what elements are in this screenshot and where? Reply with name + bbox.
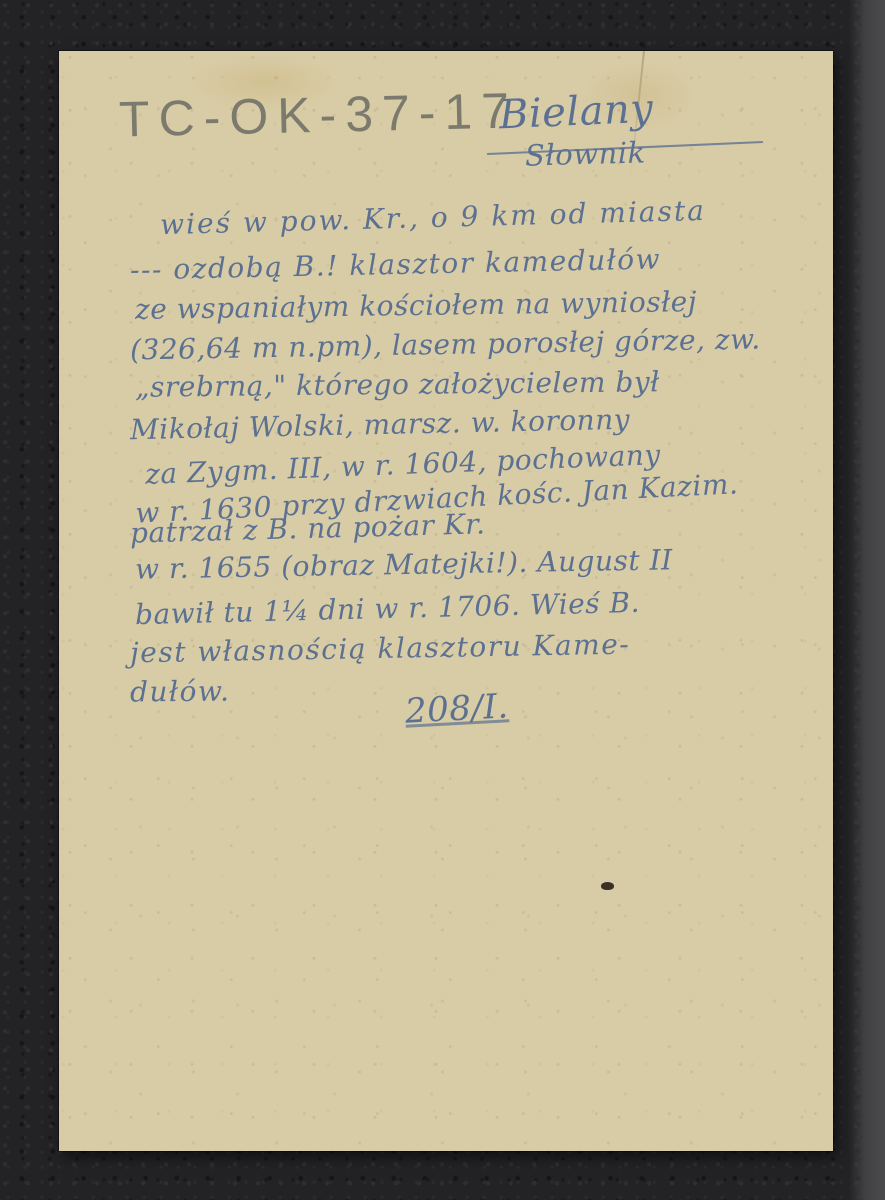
handwritten-line: jest własnością klasztoru Kame-: [130, 628, 631, 670]
handwritten-line: ze wspaniałym kościołem na wyniosłej: [135, 285, 697, 326]
catalog-number: TC-OK-37-17: [118, 81, 518, 148]
background-edge-strip: [849, 0, 885, 1200]
ink-blemish: [601, 882, 614, 890]
reference-number: 208/I.: [404, 686, 510, 731]
handwritten-line: bawił tu 1¼ dni w r. 1706. Wieś B.: [135, 586, 641, 631]
source-label: Słownik: [525, 135, 646, 172]
place-name-title: Bielany: [498, 86, 654, 139]
index-card: TC-OK-37-17 Bielany Słownik wieś w pow. …: [59, 51, 833, 1151]
photo-background: TC-OK-37-17 Bielany Słownik wieś w pow. …: [0, 0, 885, 1200]
handwritten-line: wieś w pow. Kr., o 9 km od miasta: [160, 194, 707, 241]
handwritten-line: (326,64 m n.pm), lasem porosłej górze, z…: [130, 322, 761, 366]
handwritten-line: --- ozdobą B.! klasztor kamedułów: [130, 242, 662, 286]
handwritten-line: dułów.: [130, 675, 231, 709]
handwritten-line: „srebrną," którego założycielem był: [135, 365, 660, 403]
handwritten-line: Mikołaj Wolski, marsz. w. koronny: [130, 403, 631, 446]
handwritten-line: w r. 1655 (obraz Matejki!). August II: [135, 543, 673, 585]
